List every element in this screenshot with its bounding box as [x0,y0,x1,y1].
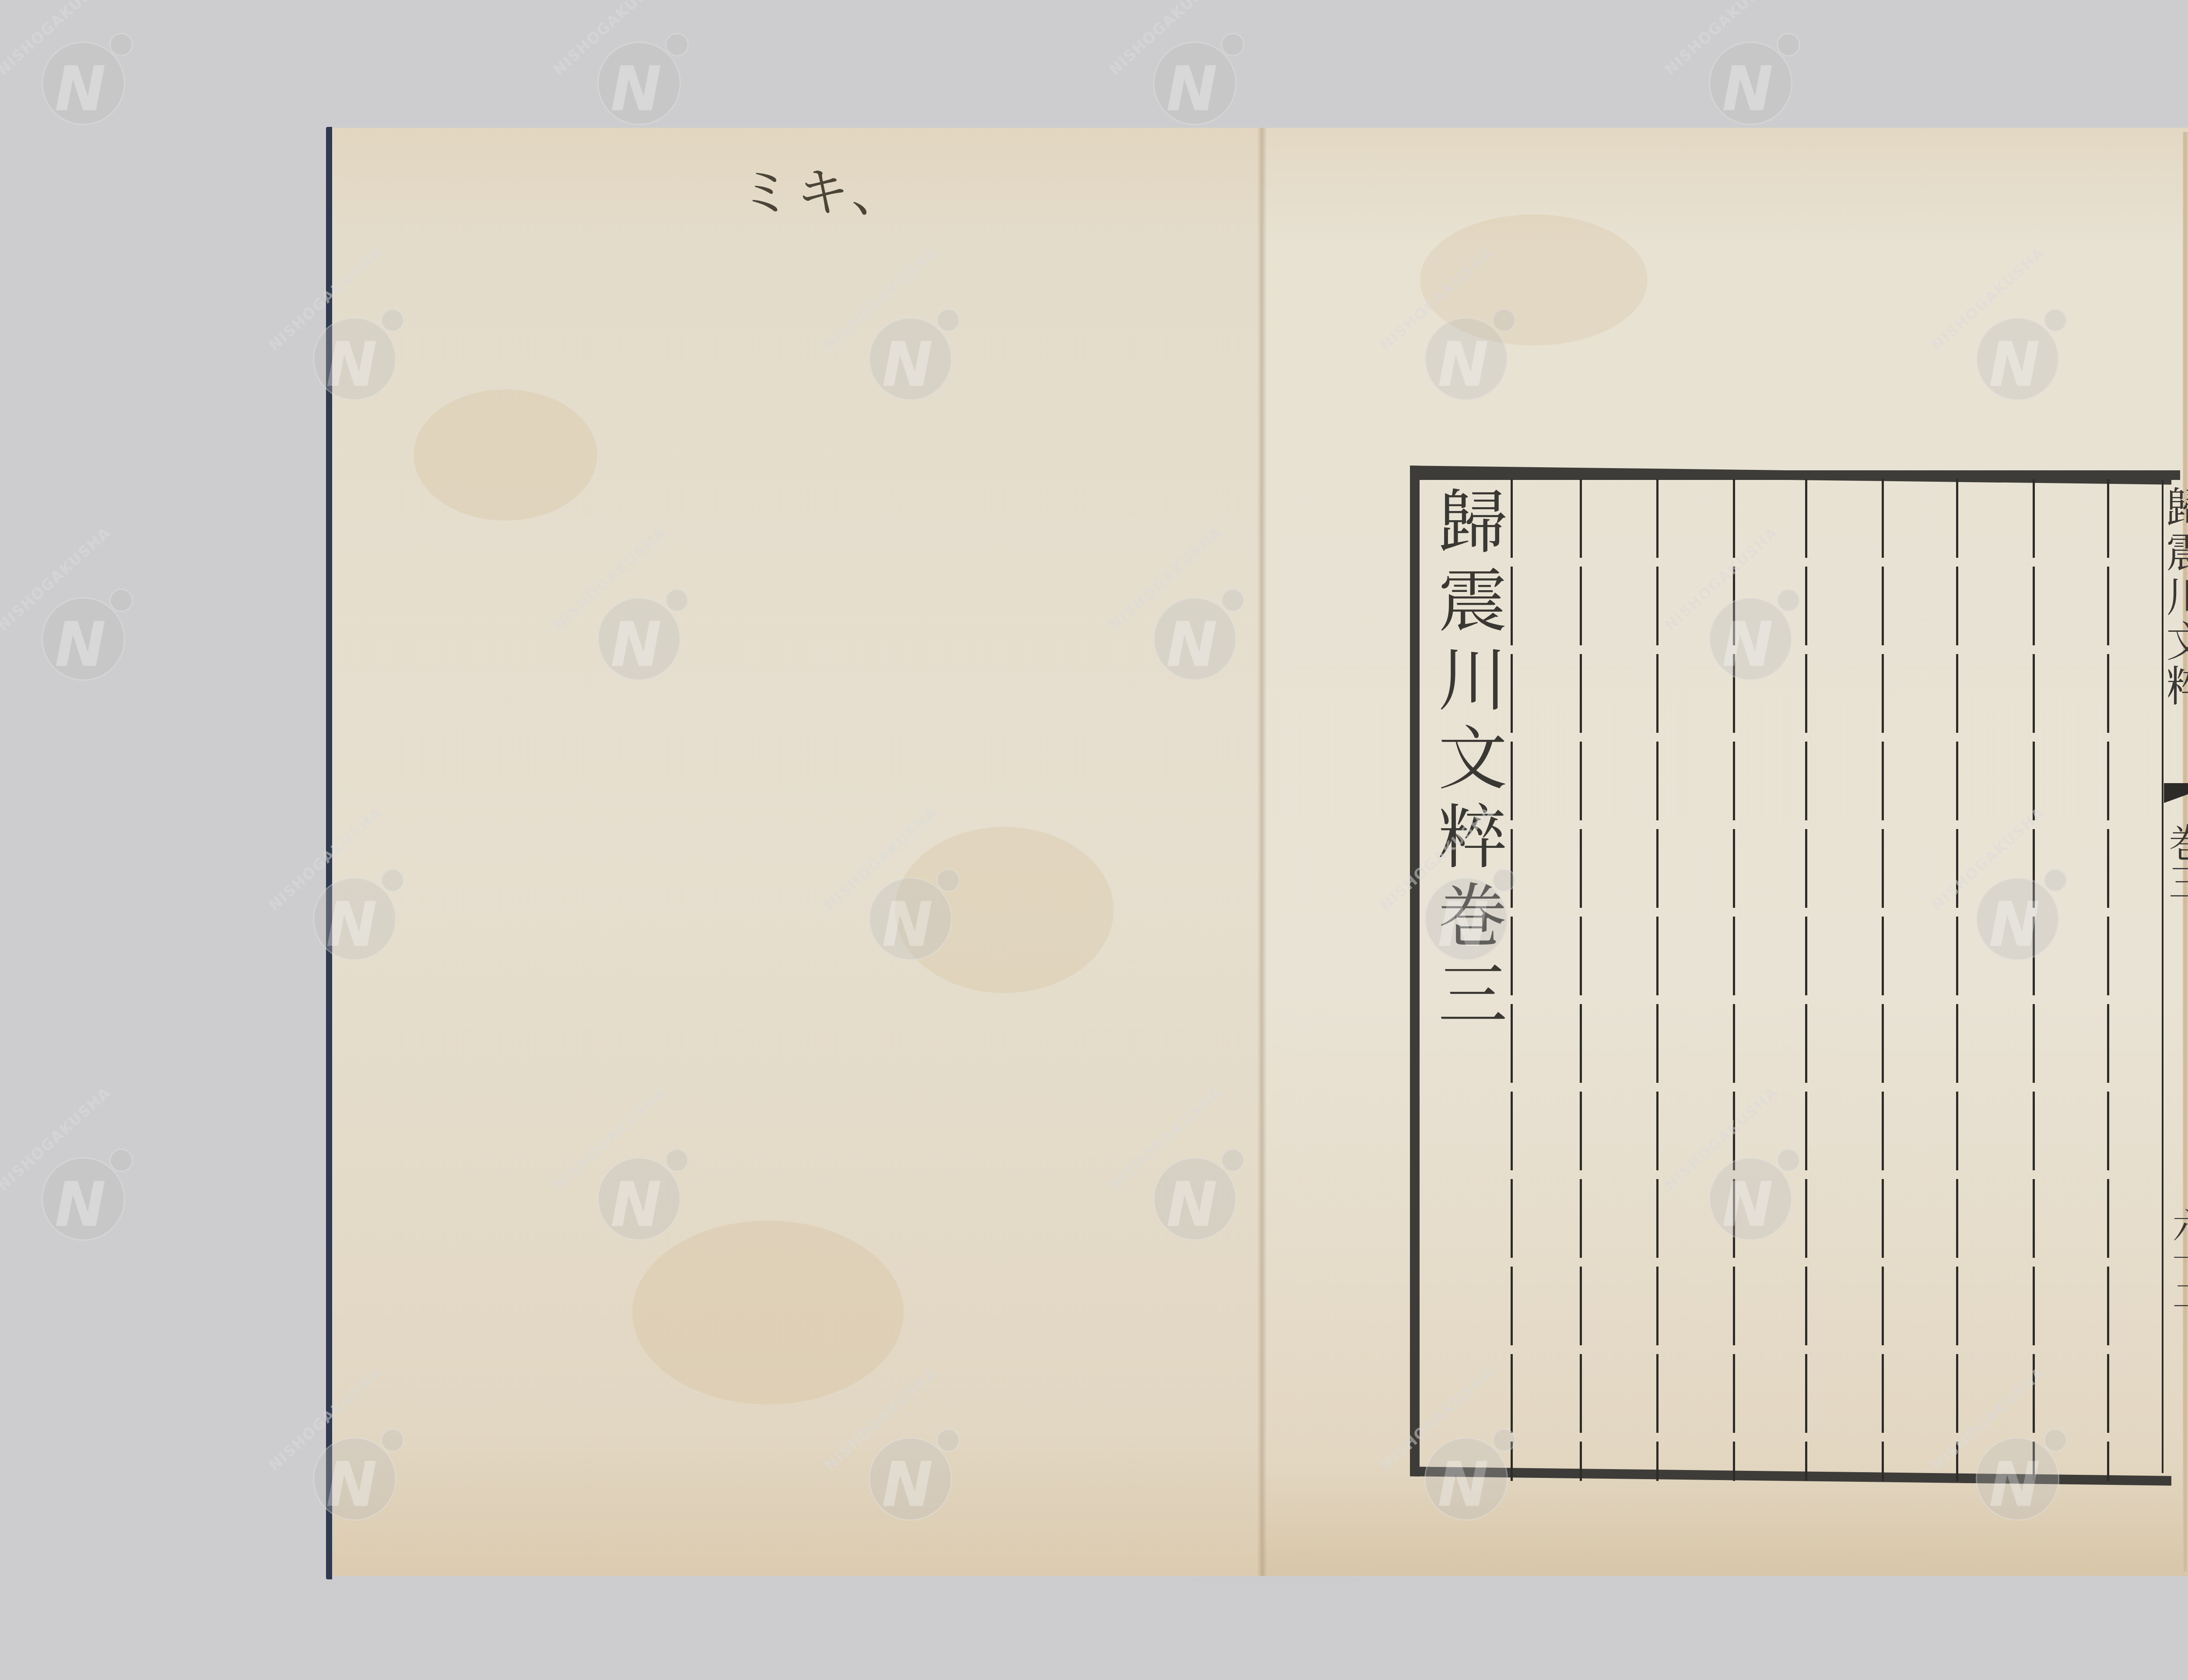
ruled-line [1656,479,1659,1481]
ruled-line [2107,479,2109,1481]
ruled-line [1882,479,1884,1481]
nishogakusha-watermark-icon: NNISHOGAKUSHA [18,569,131,682]
gutter [1257,128,1267,1576]
ruled-line [1580,479,1582,1481]
fishtail-mark-icon [2164,783,2188,809]
print-frame [1410,465,2171,1485]
fore-edge-border [2162,480,2163,1473]
fore-edge-title: 歸震川文粹 [2168,486,2188,774]
foxing-stain [1420,214,1648,346]
handwritten-marks: ミキ、 [740,151,908,226]
nishogakusha-watermark-icon: NNISHOGAKUSHA [18,1129,131,1242]
foxing-stain [414,389,597,521]
foxing-stain [632,1221,904,1404]
ruled-line [2033,479,2035,1481]
ruled-line [1511,479,1513,1481]
nishogakusha-watermark-icon: NNISHOGAKUSHA [18,13,131,127]
volume-title: 歸震川文粹巻三 [1427,486,1506,1037]
foxing-stain [895,827,1114,993]
ruled-line [1956,479,1958,1481]
fore-edge-volume: 巻三 [2171,822,2188,901]
fore-edge-page-number: 六十二 [2171,1207,2188,1312]
ruled-line [1805,479,1807,1481]
ruled-line [1733,479,1735,1481]
back-cover-edge [326,127,332,1579]
